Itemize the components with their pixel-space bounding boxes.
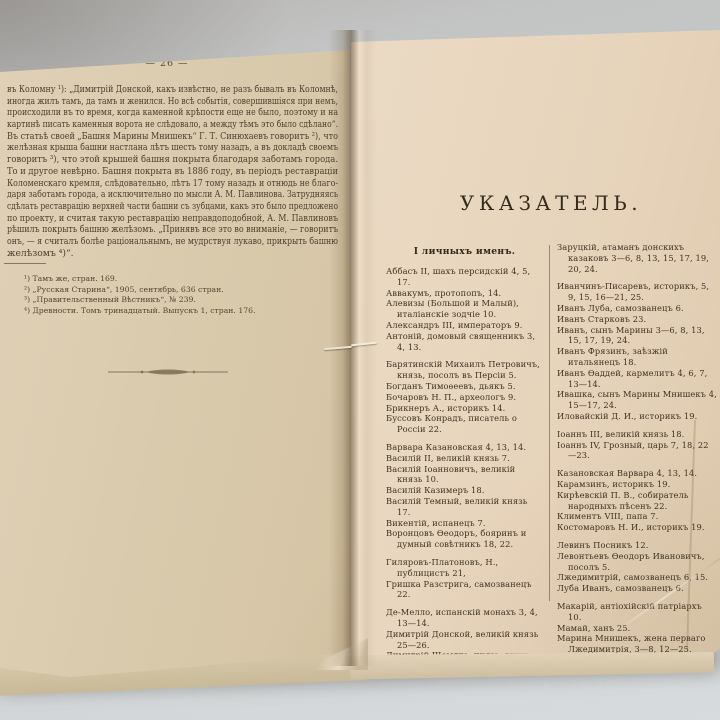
index-entry: Аббасъ II, шахъ персидскій 4, 5, 17. [386,266,543,288]
text-line: картинѣ писать каменныя ворота не слѣдов… [7,119,338,131]
tailpiece-ornament-icon [104,366,232,378]
photo-backdrop: — 26 — въ Коломну ¹): „Димитрій Донской,… [0,0,720,720]
footnote-rule [4,263,46,264]
index-entry: Иванъ Ѳаддей, кармелитъ 4, 6, 7, 13—14. [557,368,717,390]
text-line: иногда жилъ тамъ, да тамъ и женился. Но … [7,96,338,108]
index-entry: Климентъ VIII, папа 7. [557,511,717,522]
index-entries-left: Аббасъ II, шахъ персидскій 4, 5, 17.Авва… [386,266,543,718]
index-entry: Иванъ Фрязинъ, заѣзжій итальянецъ 18. [557,346,717,368]
text-line: сдѣлать реставрацію верхней части башни … [7,201,338,213]
index-group: Аббасъ II, шахъ персидскій 4, 5, 17.Авва… [386,266,543,352]
index-entry: Александръ III, императоръ 9. [386,320,543,331]
index-group: Иванчинъ-Писаревъ, историкъ, 5, 9, 15, 1… [557,281,717,421]
index-entry: Гиляровъ-Платоновъ, Н., публицистъ 21, [386,557,543,579]
text-line: желѣзомъ ⁴)“. [7,248,338,260]
index-entry: Мамай, ханъ 25. [557,623,717,634]
text-line: рѣшилъ покрыть башню желѣзомъ. „Принявъ … [7,224,338,236]
index-entry: Левонтьевъ Ѳеодоръ Ивановичъ, посолъ 5. [557,551,717,573]
index-entry: Макарій, антіохійскій патріархъ 10. [557,601,717,623]
index-entry: Василій II, великій князь 7. [386,453,543,464]
index-entry: Марининъ кладъ 21. [557,676,717,687]
index-entry: Алевизы (Большой и Малый), италіанскіе з… [386,298,543,320]
text-line: Въ статьѣ своей „Башня Марины Мнишекъ“ Г… [7,131,338,143]
text-line: по проекту, и считая такую реставрацію н… [7,213,338,225]
index-group: Варвара Казановская 4, 13, 14.Василій II… [386,442,543,550]
index-entry: Бочаровъ Н. П., археологъ 9. [386,392,543,403]
index-group: Гиляровъ-Платоновъ, Н., публицистъ 21,Гр… [386,557,543,600]
footnote: ³) „Правительственный Вѣстникъ“, № 239. [24,295,324,306]
footnote: ¹) Тамъ же, стран. 169. [24,274,324,285]
index-entry: Василій Темный, великій князь 17. [386,496,543,518]
text-line: въ Коломну ¹): „Димитрій Донской, какъ и… [7,84,338,96]
text-line: говоритъ ³), что этой крышей башня покры… [7,154,338,166]
text-line: желѣзная крыша башни настлана лѣтъ шесть… [7,142,338,154]
index-section-heading: I личныхъ именъ. [386,246,543,257]
text-line: даря заботамъ города, а исключительно по… [7,189,338,201]
index-entry: Иванъ Старковъ 23. [557,314,717,325]
index-entry: Де-Мелло, испанскій монахъ 3, 4, 13—14. [386,607,543,629]
index-entry: Богданъ Тимоѳеевъ, дьякъ 5. [386,381,543,392]
index-entry: Гришка Разстрига, самозванецъ 22. [386,579,543,601]
index-entry: Иванчинъ-Писаревъ, историкъ, 5, 9, 15, 1… [557,281,717,303]
index-entry: Димитрій Донской, великій князь 25—26. [386,629,543,651]
index-group: Левинъ Посникъ 12.Левонтьевъ Ѳеодоръ Ива… [557,540,717,594]
index-entry: Василій Іоанновичъ, великій князь 10. [386,464,543,486]
index-entry: Ивашка, сынъ Марины Мнишекъ 4, 15—17, 24… [557,389,717,411]
index-entry: Костомаровъ Н. И., историкъ 19. [557,522,717,533]
text-line: происходили въ то время, когда каменной … [7,107,338,119]
footnote: ⁴) Древности. Томъ тринадцатый. Выпускъ … [24,306,324,317]
page-number: — 26 — [2,58,332,69]
index-entry: Викентій, испанецъ 7. [386,518,543,529]
index-entry: Кирѣевскій П. В., собиратель народныхъ п… [557,490,717,512]
index-title: УКАЗАТЕЛЬ. [400,191,702,215]
index-entry: Луба Иванъ, самозванецъ 6. [557,583,717,594]
footnote: ²) „Русская Старина“, 1905, сентябрь, 63… [24,285,324,296]
index-entry: Иванъ Луба, самозванецъ 6. [557,303,717,314]
index-entry: Буссовъ Конрадъ, писатель о Россіи 22. [386,413,543,435]
index-entry: Желябужскій Ѳеодоръ, дворянинъ 15—16, 24… [386,697,543,719]
index-entry: Заруцкій, атаманъ донскихъ казаковъ 3—6,… [557,242,717,274]
index-entry: Барятинскій Михаилъ Петровичъ, князь, по… [386,359,543,381]
index-entry: Иванъ, сынъ Марины 3—6, 8, 13, 15, 17, 1… [557,325,717,347]
footnotes: ¹) Тамъ же, стран. 169.²) „Русская Стари… [24,274,324,316]
index-entry: Варвара Казановская 4, 13, 14. [386,442,543,453]
index-entry: Аввакумъ, протопопъ, 14. [386,288,543,299]
column-divider [549,245,550,601]
text-line: Коломенскаго кремля, слѣдовательно, лѣтъ… [7,178,338,190]
index-entry: Василій Казимеръ 18. [386,485,543,496]
body-text: въ Коломну ¹): „Димитрій Донской, какъ и… [7,84,338,259]
index-entry: Марина Мнишекъ, жена перваго Лжедимитрія… [557,633,717,655]
index-group: Барятинскій Михаилъ Петровичъ, князь, по… [386,359,543,435]
index-entry: Брикнеръ А., историкъ 14. [386,403,543,414]
index-group: Желябужскій Ѳеодоръ, дворянинъ 15—16, 24… [386,697,543,719]
index-group: Заруцкій, атаманъ донскихъ казаковъ 3—6,… [557,242,717,274]
index-entry: Воронцовъ Ѳеодоръ, бояринъ и думный совѣ… [386,528,543,550]
text-line: онъ, — я считалъ болѣе раціональнымъ, не… [7,236,338,248]
index-entry: Антоній, домовый священникъ 3, 4, 13. [386,331,543,353]
index-entry: Левинъ Посникъ 12. [557,540,717,551]
text-line: То и другое невѣрно. Башня покрыта въ 18… [7,166,338,178]
index-column-left: I личныхъ именъ. Аббасъ II, шахъ персидс… [386,242,543,720]
